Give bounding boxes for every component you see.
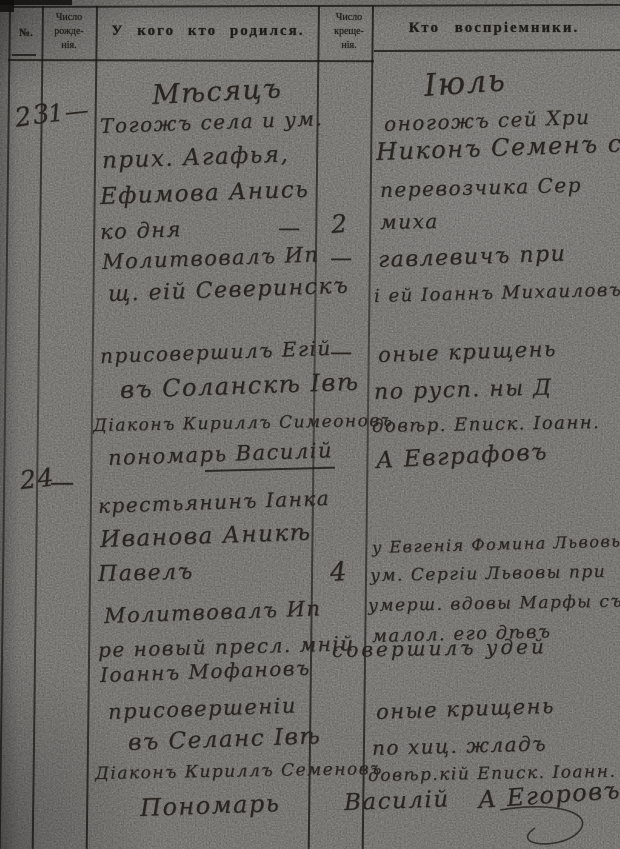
entry-23-born-line-4: ко дня <box>100 217 183 244</box>
entry-23-rite2-dash: — <box>330 340 354 365</box>
bottom-clerk-title: Пономарь <box>140 789 281 822</box>
header-bottom-rule-right <box>374 49 620 52</box>
entry-24-rite1-line-1: Молитвовалъ Ип <box>104 596 322 628</box>
entry-23-rite2-line-1: присовершилъ Егій <box>100 336 333 368</box>
entry-23-rite1-right-line-1: гавлевичъ при <box>378 241 567 273</box>
entry-24-godparents-line-3: умерш. вдовы Марфы съ <box>368 592 620 616</box>
table-top-rule <box>8 4 620 8</box>
entry-24-rite2-line-3: Діаконъ Кириллъ Семеновъ <box>95 759 383 784</box>
header-col-baptism-line3: нія. <box>326 40 372 51</box>
entry-24-rite2-line-2: въ Селанс Івѣ <box>128 723 322 756</box>
entry-23-born-line-2: прих. Агафья, <box>102 141 290 174</box>
column-rule-left-edge <box>0 6 11 849</box>
header-bottom-rule-left <box>8 59 374 62</box>
register-page: №. Число рожде- нія. У кого кто родился.… <box>0 0 620 849</box>
header-col-birth-line2: рожде- <box>42 26 96 37</box>
entry-24-birth-day: — <box>50 468 76 496</box>
entry-24-rite2-right-line-1: оные крищень <box>376 694 556 724</box>
header-col-birth-line3: нія. <box>42 40 96 51</box>
entry-23-birth-day: 1— <box>47 96 92 128</box>
entry-23-born-dash: — <box>278 216 302 241</box>
entry-23-rite1-dash: — <box>330 246 354 271</box>
entry-24-born-line-3: Павелъ <box>98 559 194 586</box>
header-col-baptism-line2: креще- <box>326 26 372 37</box>
month-heading-right: Іюль <box>423 62 507 104</box>
no-column-underline <box>12 54 36 56</box>
header-col-no: №. <box>11 27 41 39</box>
entry-23-rite2-right-line-2: по русп. ны Д <box>374 375 553 405</box>
entry-23-born-line-3: Ефимова Анись <box>100 177 310 210</box>
scan-top-edge-artifact <box>0 0 72 5</box>
signature-flourish <box>440 790 620 849</box>
entry-23-godparents-line-4: миха <box>380 209 439 234</box>
entry-24-rite2-line-1: присовершеніи <box>108 693 298 724</box>
header-col-born-to: У кого кто родился. <box>98 23 318 40</box>
entry-24-born-line-2: Иванова Аникѣ <box>100 520 312 553</box>
entry-23-rite2-right-line-4: А Евграфовъ <box>375 439 548 474</box>
entry-24-rite1-line-2: ре новый пресл. мній <box>98 631 355 662</box>
column-rule-no <box>32 6 44 849</box>
header-col-godparents: Кто воспріемники. <box>380 20 608 37</box>
entry-24-rite1-line-3-spill: совершилъ удей <box>332 634 547 662</box>
header-col-baptism-line1: Число <box>326 12 372 23</box>
entry-23-rite1-line-1: Молитвовалъ Ип <box>102 242 320 274</box>
entry-23-godparents-line-3: перевозчика Сер <box>380 173 582 202</box>
entry-23-rite2-right-line-3: довѣр. Еписк. Іоанн. <box>372 412 601 437</box>
bottom-clerk-name: Василій <box>344 786 450 816</box>
entry-24-rite2-right-line-2: по хиц. жладъ <box>372 731 548 760</box>
entry-23-clerk-signature: пономарь Василій <box>108 438 334 470</box>
header-col-birth-line1: Число <box>42 12 96 23</box>
entry-23-baptism-day: 2 <box>330 209 349 239</box>
entry-24-born-line-1: крестьянинъ Іанка <box>98 486 331 518</box>
entry-24-godparents-line-1: у Евгенія Фомина Львовы и <box>372 531 620 557</box>
entry-separator-stroke <box>205 467 335 472</box>
month-heading-left: Мѣсяцъ <box>151 73 283 111</box>
entry-23-rite2-right-line-1: оные крищень <box>378 337 558 367</box>
entry-23-rite2-line-2: въ Соланскѣ Івѣ <box>120 368 360 404</box>
entry-23-rite1-right-line-2: і ей Іоаннъ Михаиловъ <box>374 280 620 307</box>
entry-24-godparents-line-2: ум. Сергіи Львовы при <box>370 562 606 586</box>
entry-23-born-line-1: Тогожъ села и ум. <box>100 106 324 138</box>
entry-23-rite2-line-3: Діаконъ Кириллъ Симеоновъ <box>93 411 394 436</box>
entry-23-rite1-line-2: щ. еій Северинскъ <box>108 274 350 307</box>
entry-24-baptism-day: 4 <box>329 557 349 588</box>
